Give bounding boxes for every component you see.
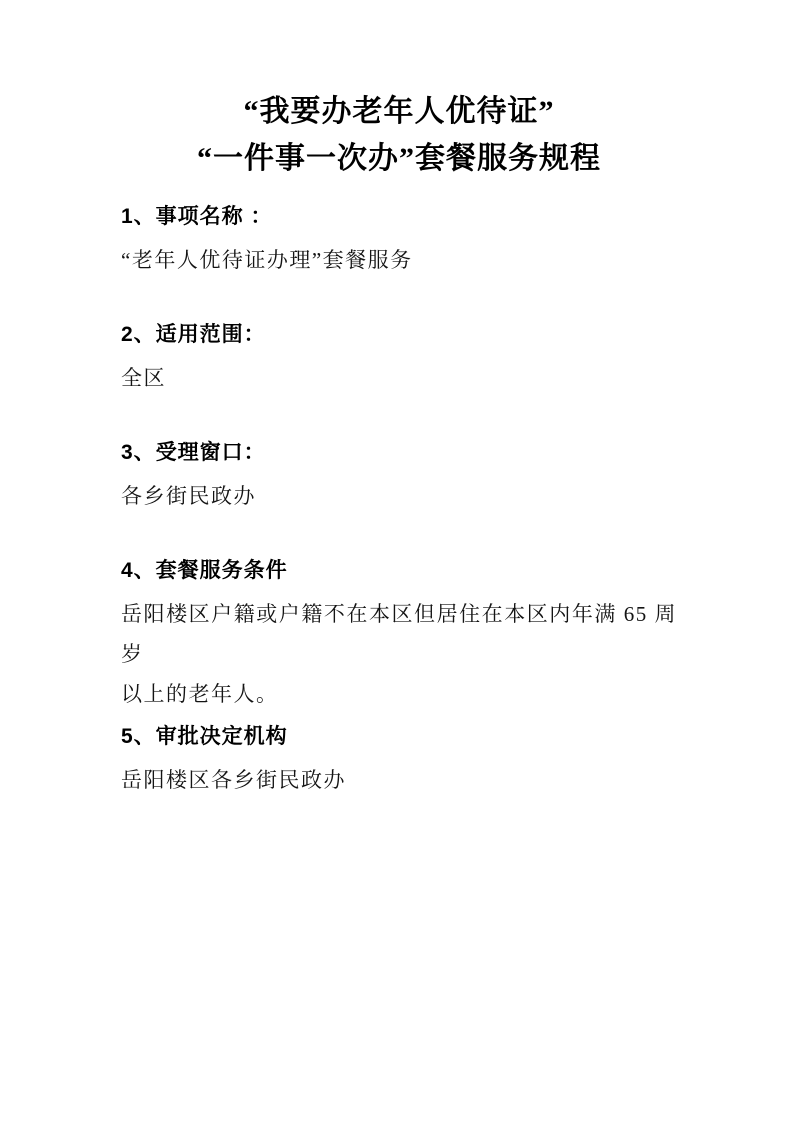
section-authority: 5、审批决定机构 岳阳楼区各乡街民政办 <box>121 722 677 800</box>
section-item-name: 1、事项名称 ： “老年人优待证办理”套餐服务 <box>121 202 677 280</box>
title-line-1: “我要办老年人优待证” <box>121 88 677 135</box>
section-4-body-line-1: 岳阳楼区户籍或户籍不在本区但居住在本区内年满 65 周岁 <box>121 594 677 674</box>
section-conditions: 4、套餐服务条件 岳阳楼区户籍或户籍不在本区但居住在本区内年满 65 周岁 以上… <box>121 556 677 714</box>
sections: 1、事项名称 ： “老年人优待证办理”套餐服务 2、适用范围： 全区 3、受理窗… <box>121 202 677 800</box>
section-3-heading: 3、受理窗口： <box>121 438 677 468</box>
section-4-body-line-2: 以上的老年人。 <box>121 674 677 714</box>
section-window: 3、受理窗口： 各乡街民政办 <box>121 438 677 516</box>
section-1-heading: 1、事项名称 ： <box>121 202 677 232</box>
document-content: “我要办老年人优待证” “一件事一次办”套餐服务规程 1、事项名称 ： “老年人… <box>0 0 793 800</box>
section-5-heading: 5、审批决定机构 <box>121 722 677 752</box>
document-page: “我要办老年人优待证” “一件事一次办”套餐服务规程 1、事项名称 ： “老年人… <box>0 0 793 1122</box>
section-3-body: 各乡街民政办 <box>121 476 677 516</box>
section-scope: 2、适用范围： 全区 <box>121 320 677 398</box>
section-2-body: 全区 <box>121 358 677 398</box>
section-1-body: “老年人优待证办理”套餐服务 <box>121 240 677 280</box>
section-5-body: 岳阳楼区各乡街民政办 <box>121 760 677 800</box>
document-title: “我要办老年人优待证” “一件事一次办”套餐服务规程 <box>121 0 677 182</box>
title-line-2: “一件事一次办”套餐服务规程 <box>121 135 677 182</box>
section-2-heading: 2、适用范围： <box>121 320 677 350</box>
section-4-heading: 4、套餐服务条件 <box>121 556 677 586</box>
